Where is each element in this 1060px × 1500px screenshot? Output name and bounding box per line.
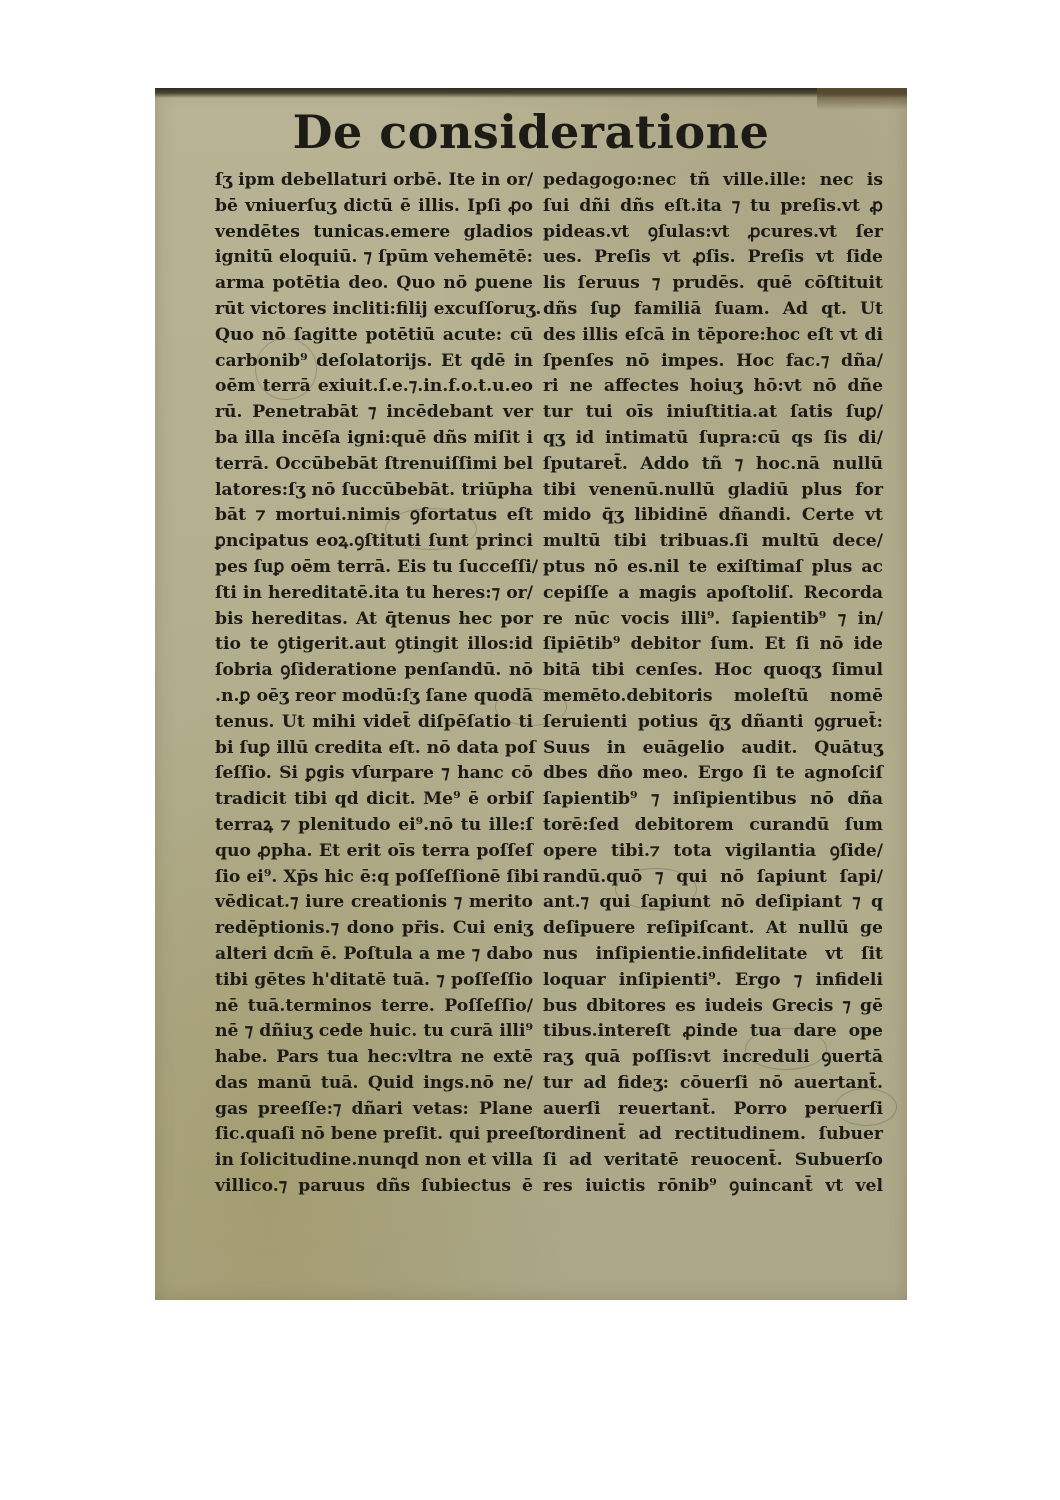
text-line: re nūc vocis illi⁹. ſapientib⁹ ⁊ in/: [543, 607, 883, 633]
text-line: gas preeſſe:⁊ dñari vetas: Plane: [215, 1097, 533, 1123]
text-line: res iuictis rōnib⁹ ꝯuincant̄ vt vel: [543, 1174, 883, 1200]
text-line: randū.quō ⁊ qui nō ſapiunt ſapi/: [543, 865, 883, 891]
text-line: ſobria ꝯſideratione penſandū. nō: [215, 658, 533, 684]
text-line: ſti in hereditatē.ita tu heres:⁊ or/: [215, 581, 533, 607]
text-line: ri ne affectes hoiuʒ hō:vt nō dñe: [543, 374, 883, 400]
text-line: cepiſſe a magis apoſtoliſ. Recorda: [543, 581, 883, 607]
text-line: vēdicat.⁊ iure creationis ⁊ merito: [215, 890, 533, 916]
text-line: in ſolicitudine.nunqd non et villa: [215, 1148, 533, 1174]
text-line: torē:ſed debitorem curandū ſum: [543, 813, 883, 839]
text-line: bis hereditas. At q̄tenus hec por: [215, 607, 533, 633]
text-line: des illis eſcā in tēpore:hoc eſt vt di: [543, 323, 883, 349]
text-line: raʒ quā poſſis:vt increduli ꝯuertā: [543, 1045, 883, 1071]
text-line: bē vniuerſuʒ dictū ē illis. Ipſi ꝓo: [215, 194, 533, 220]
text-line: tibus.intereſt ꝓinde tua dare ope: [543, 1019, 883, 1045]
text-line: qʒ id intimatū ſupra:cū qs ſis di/: [543, 426, 883, 452]
text-line: habe. Pars tua hec:vltra ne extē: [215, 1045, 533, 1071]
text-line: pideas.vt ꝯſulas:vt ꝓcures.vt ſer: [543, 220, 883, 246]
text-line: loquar inſipienti⁹. Ergo ⁊ infideli: [543, 968, 883, 994]
text-line: terraꝝ ⁊ plenitudo ei⁹.nō tu ille:ſ: [215, 813, 533, 839]
text-line: ſic.quaſi nō bene preſit. qui preeſt: [215, 1122, 533, 1148]
text-line: rū. Penetrabāt ⁊ incēdebant ver: [215, 400, 533, 426]
text-line: Quo nō ſagitte potētiū acute: cū: [215, 323, 533, 349]
text-line: vendētes tunicas.emere gladios: [215, 220, 533, 246]
text-line: bāt ⁊ mortui.nimis ꝯfortatus eſt: [215, 503, 533, 529]
text-line: memēto.debitoris moleſtū nomē: [543, 684, 883, 710]
left-text-column: ſʒ ipm debellaturi orbē. Ite in or/bē vn…: [215, 168, 533, 1200]
text-line: multū tibi tribuas.ſi multū dece/: [543, 529, 883, 555]
text-line: bi ſuꝑ illū credita eſt. nō data poſ: [215, 736, 533, 762]
text-line: villico.⁊ paruus dñs ſubiectus ē: [215, 1174, 533, 1200]
text-line: tur tui oīs iniuſtitia.at ſatis ſuꝑ/: [543, 400, 883, 426]
text-line: ptus nō es.nil te exiſtimaſ plus ac: [543, 555, 883, 581]
text-line: deſipuere reſipiſcant. At nullū ge: [543, 916, 883, 942]
text-line: ordinent̄ ad rectitudinem. ſubuer: [543, 1122, 883, 1148]
text-line: tio te ꝯtigerit.aut ꝯtingit illos:id: [215, 632, 533, 658]
text-line: ſapientib⁹ ⁊ inſipientibus nō dña: [543, 787, 883, 813]
text-line: auerſi reuertant̄. Porro peruerſi: [543, 1097, 883, 1123]
page-title: De consideratione: [155, 102, 907, 162]
text-line: bitā tibi cenſes. Hoc quoqʒ ſimul: [543, 658, 883, 684]
text-line: tibi gētes h'ditatē tuā. ⁊ poſſeſſio: [215, 968, 533, 994]
scanned-page: De consideratione ſʒ ipm debellaturi orb…: [155, 88, 907, 1300]
text-line: latores:ſʒ nō ſuccūbebāt. triūpha: [215, 478, 533, 504]
text-line: opere tibi.⁊ tota vigilantia ꝯſide/: [543, 839, 883, 865]
text-line: nus inſipientie.infidelitate vt ſit: [543, 942, 883, 968]
text-line: pedagogo:nec tñ ville.ille: nec is: [543, 168, 883, 194]
text-line: dbes dño meo. Ergo ſi te agnoſciſ: [543, 761, 883, 787]
text-line: Suus in euāgelio audit. Quātuʒ: [543, 736, 883, 762]
text-line: tenus. Ut mihi videt̄ diſpēſatio ti: [215, 710, 533, 736]
text-line: tradicit tibi qd dicit. Me⁹ ē orbiſ: [215, 787, 533, 813]
text-line: ba illa incēſa igni:quē dñs miſit i: [215, 426, 533, 452]
text-line: ꝑncipatus eoꝝ.ꝯſtituti ſunt princi: [215, 529, 533, 555]
text-line: ſputaret̄. Addo tñ ⁊ hoc.nā nullū: [543, 452, 883, 478]
text-line: ſui dñi dñs eſt.ita ⁊ tu preſis.vt ꝓ: [543, 194, 883, 220]
text-line: bus dbitores es iudeis Grecis ⁊ gē: [543, 994, 883, 1020]
text-line: carbonib⁹ deſolatorijs. Et qdē in: [215, 349, 533, 375]
text-line: lis ſeruus ⁊ prudēs. quē cōſtituit: [543, 271, 883, 297]
text-line: ſpenſes nō impes. Hoc fac.⁊ dña/: [543, 349, 883, 375]
text-line: .n.ꝑ oēʒ reor modū:ſʒ ſane quodā: [215, 684, 533, 710]
text-line: alteri dcm̄ ē. Poſtula a me ⁊ dabo: [215, 942, 533, 968]
text-line: ſi ad veritatē reuocent̄. Subuerſo: [543, 1148, 883, 1174]
text-line: terrā. Occūbebāt ſtrenuiſſimi bel: [215, 452, 533, 478]
text-line: redēptionis.⁊ dono pr̄is. Cui eniʒ: [215, 916, 533, 942]
text-line: ignitū eloquiū. ⁊ ſpūm vehemētē:: [215, 245, 533, 271]
text-line: ſeruienti potius q̄ʒ dñanti ꝯgruet̄:: [543, 710, 883, 736]
page-top-edge-shadow: [155, 88, 907, 98]
text-line: rūt victores incliti:filij excuſſoruʒ.: [215, 297, 533, 323]
text-line: ſio ei⁹. Xp̄s hic ē:q poſſeſſionē ſibi: [215, 865, 533, 891]
text-line: arma potētia deo. Quo nō ꝑuene: [215, 271, 533, 297]
text-line: das manū tuā. Quid ings.nō ne/: [215, 1071, 533, 1097]
text-line: ues. Preſis vt ꝓſis. Preſis vt ſide: [543, 245, 883, 271]
text-line: oēm terrā exiuit.ſ.e.⁊.in.f.o.t.u.eo: [215, 374, 533, 400]
text-line: nē ⁊ dñiuʒ cede huic. tu curā illi⁹: [215, 1019, 533, 1045]
right-text-column: pedagogo:nec tñ ville.ille: nec isſui dñ…: [543, 168, 883, 1200]
text-line: dñs ſuꝑ familiā ſuam. Ad qt. Ut: [543, 297, 883, 323]
text-line: mido q̄ʒ libidinē dñandi. Certe vt: [543, 503, 883, 529]
text-line: tur ad fideʒ: cōuerſi nō auertant̄.: [543, 1071, 883, 1097]
text-line: pes ſuꝑ oēm terrā. Eis tu ſucceſſi/: [215, 555, 533, 581]
text-line: ſʒ ipm debellaturi orbē. Ite in or/: [215, 168, 533, 194]
text-line: ſipiētib⁹ debitor ſum. Et ſi nō ide: [543, 632, 883, 658]
text-line: ſeſſio. Si ꝑgis vſurpare ⁊ hanc cō: [215, 761, 533, 787]
text-line: tibi venenū.nullū gladiū plus for: [543, 478, 883, 504]
text-line: ant.⁊ qui ſapiunt nō deſipiant ⁊ q: [543, 890, 883, 916]
text-line: quo ꝓpha. Et erit oīs terra poſſeſ: [215, 839, 533, 865]
text-line: nē tuā.terminos terre. Poſſeſſio/: [215, 994, 533, 1020]
